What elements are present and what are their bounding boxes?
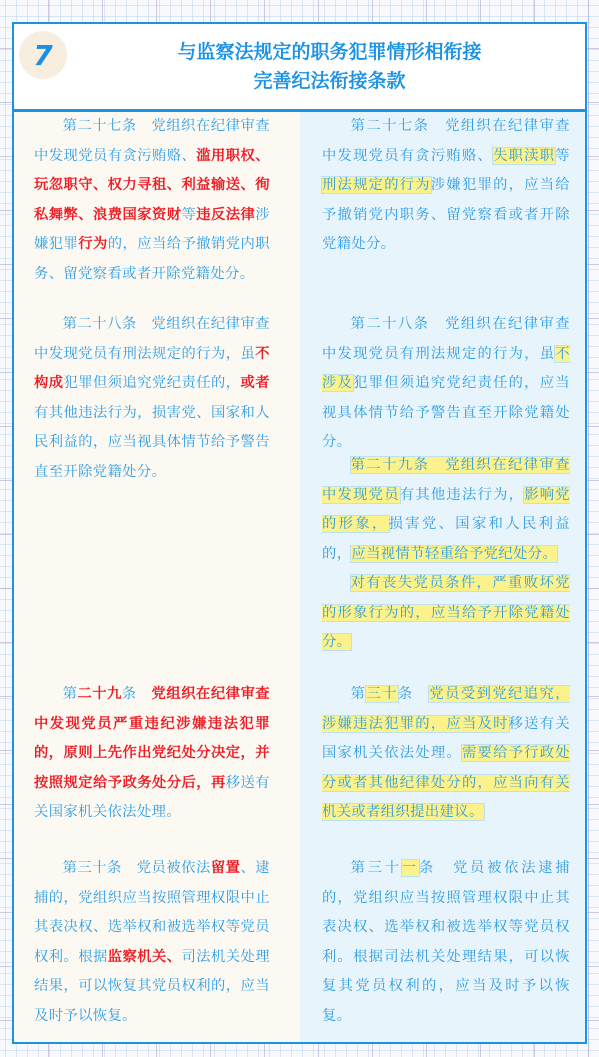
right-article-27: 第二十七条 党组织在纪律审查中发现党员有贪污贿赂、失职渎职等刑法规定的行为涉嫌犯… [322,112,570,260]
left-article-27: 第二十七条 党组织在纪律审查中发现党员有贪污贿赂、滥用职权、玩忽职守、权力寻租、… [34,112,270,289]
emphasis-text: 或者 [241,375,270,391]
page-title: 与监察法规定的职务犯罪情形相衔接 完善纪法衔接条款 [74,38,585,96]
left-article-29: 第二十九条 党组织在纪律审查中发现党员严重违纪涉嫌违法犯罪的，原则上先作出党纪处… [34,680,270,828]
left-article-28: 第二十八条 党组织在纪律审查中发现党员有刑法规定的行为，虽不构成犯罪但须追究党纪… [34,310,270,487]
highlighted-change: 对有丧失党员条件，严重败坏党的形象行为的，应当给予开除党籍处分。 [322,575,570,650]
emphasis-text: 违反法律 [196,207,255,223]
highlighted-change: 一 [402,860,419,876]
highlighted-change: 失职渎职 [493,148,555,164]
emphasis-text: 二十九 [77,686,121,702]
highlighted-change: 刑法规定的行为 [322,177,431,193]
left-article-30: 第三十条 党员被依法留置、逮捕的，党组织应当按照管理权限中止其表决权、选举权和被… [34,854,270,1031]
title-line-2: 完善纪法衔接条款 [74,67,585,96]
header: 7 与监察法规定的职务犯罪情形相衔接 完善纪法衔接条款 [14,24,585,112]
right-article-28: 第二十八条 党组织在纪律审查中发现党员有刑法规定的行为，虽不涉及犯罪但须追究党纪… [322,310,570,458]
emphasis-text: 留置 [211,860,241,876]
highlighted-change: 应当视情节轻重给予党纪处分。 [351,546,557,562]
highlighted-change: 三十 [366,686,398,702]
emphasis-text: 行为 [78,236,108,252]
right-article-31: 第三十一条 党员被依法逮捕的，党组织应当按照管理权限中止其表决权、选举权和被选举… [322,854,570,1031]
title-line-1: 与监察法规定的职务犯罪情形相衔接 [74,38,585,67]
right-article-30: 第三十条 党员受到党纪追究，涉嫌违法犯罪的，应当及时移送有关国家机关依法处理。需… [322,680,570,828]
emphasis-text: 监察机关 [108,949,167,965]
section-number-badge: 7 [19,31,67,79]
right-article-29: 第二十九条 党组织在纪律审查中发现党员有其他违法行为，影响党的形象，损害党、国家… [322,451,570,658]
